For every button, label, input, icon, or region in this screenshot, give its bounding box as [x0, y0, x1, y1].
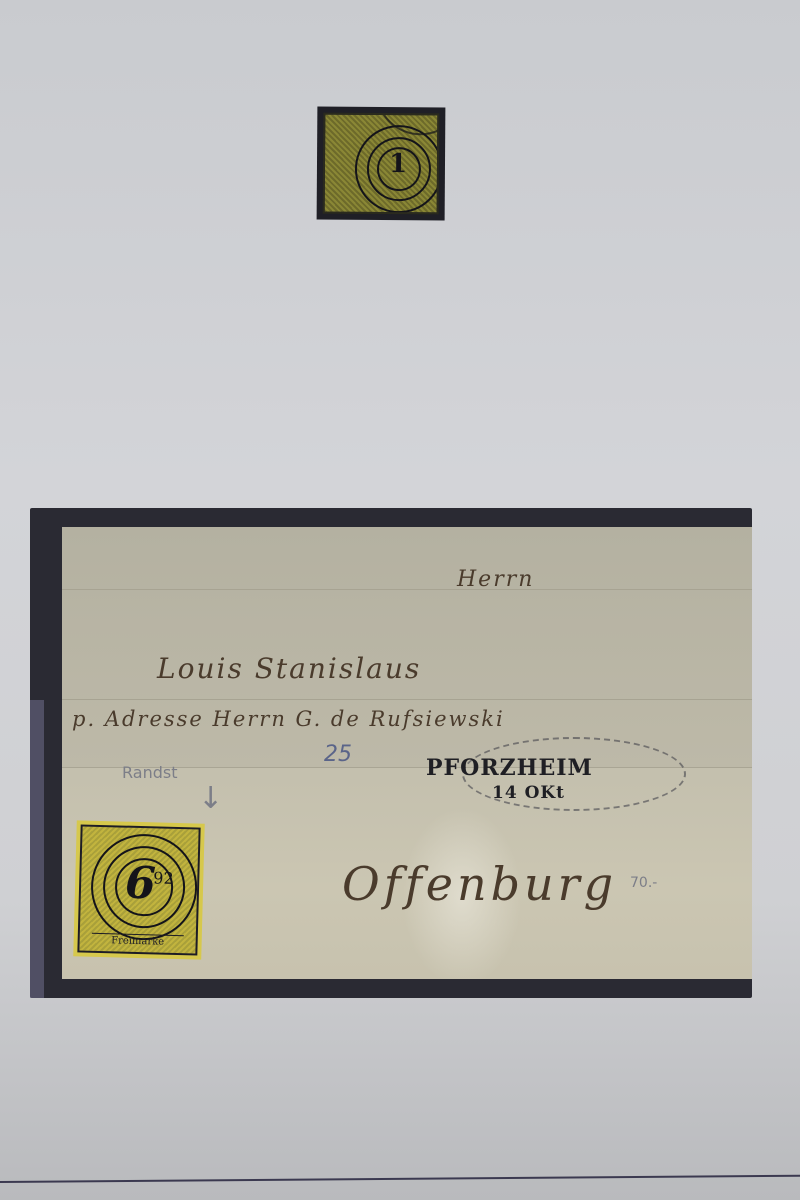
cover-stamp: 6 92 Freimarke — [73, 820, 205, 959]
addressee-name: Louis Stanislaus — [157, 652, 421, 685]
stamp-numeral: 6 — [125, 858, 157, 910]
addressee-care-of: p. Adresse Herrn G. de Rufsiewski — [72, 707, 505, 731]
pencil-note: Randst — [122, 763, 177, 782]
stamp-face: 6 92 Freimarke — [77, 824, 200, 955]
blue-pencil-marks: 25 — [324, 742, 352, 767]
fold-crease — [62, 589, 752, 590]
fold-crease — [62, 699, 752, 700]
album-page-rule-line — [0, 1175, 800, 1183]
cancel-number: 92 — [153, 868, 174, 888]
cover-top-fold — [62, 527, 752, 768]
addressee-prefix: Herrn — [457, 567, 534, 592]
postmark-town: PFORZHEIM — [426, 755, 593, 781]
postmark-date: 14 OKt — [492, 783, 565, 803]
stamp-numeral: 1 — [389, 149, 407, 179]
stamp-face: 1 — [323, 113, 440, 215]
mount-edge-strip — [30, 700, 44, 998]
destination-town: Offenburg — [342, 857, 617, 911]
pencil-arrow-icon: ↓ — [198, 781, 223, 816]
price-note: 70.- — [630, 875, 657, 891]
stamp-label: Freimarke — [91, 933, 183, 950]
loose-stamp: 1 — [317, 107, 446, 221]
